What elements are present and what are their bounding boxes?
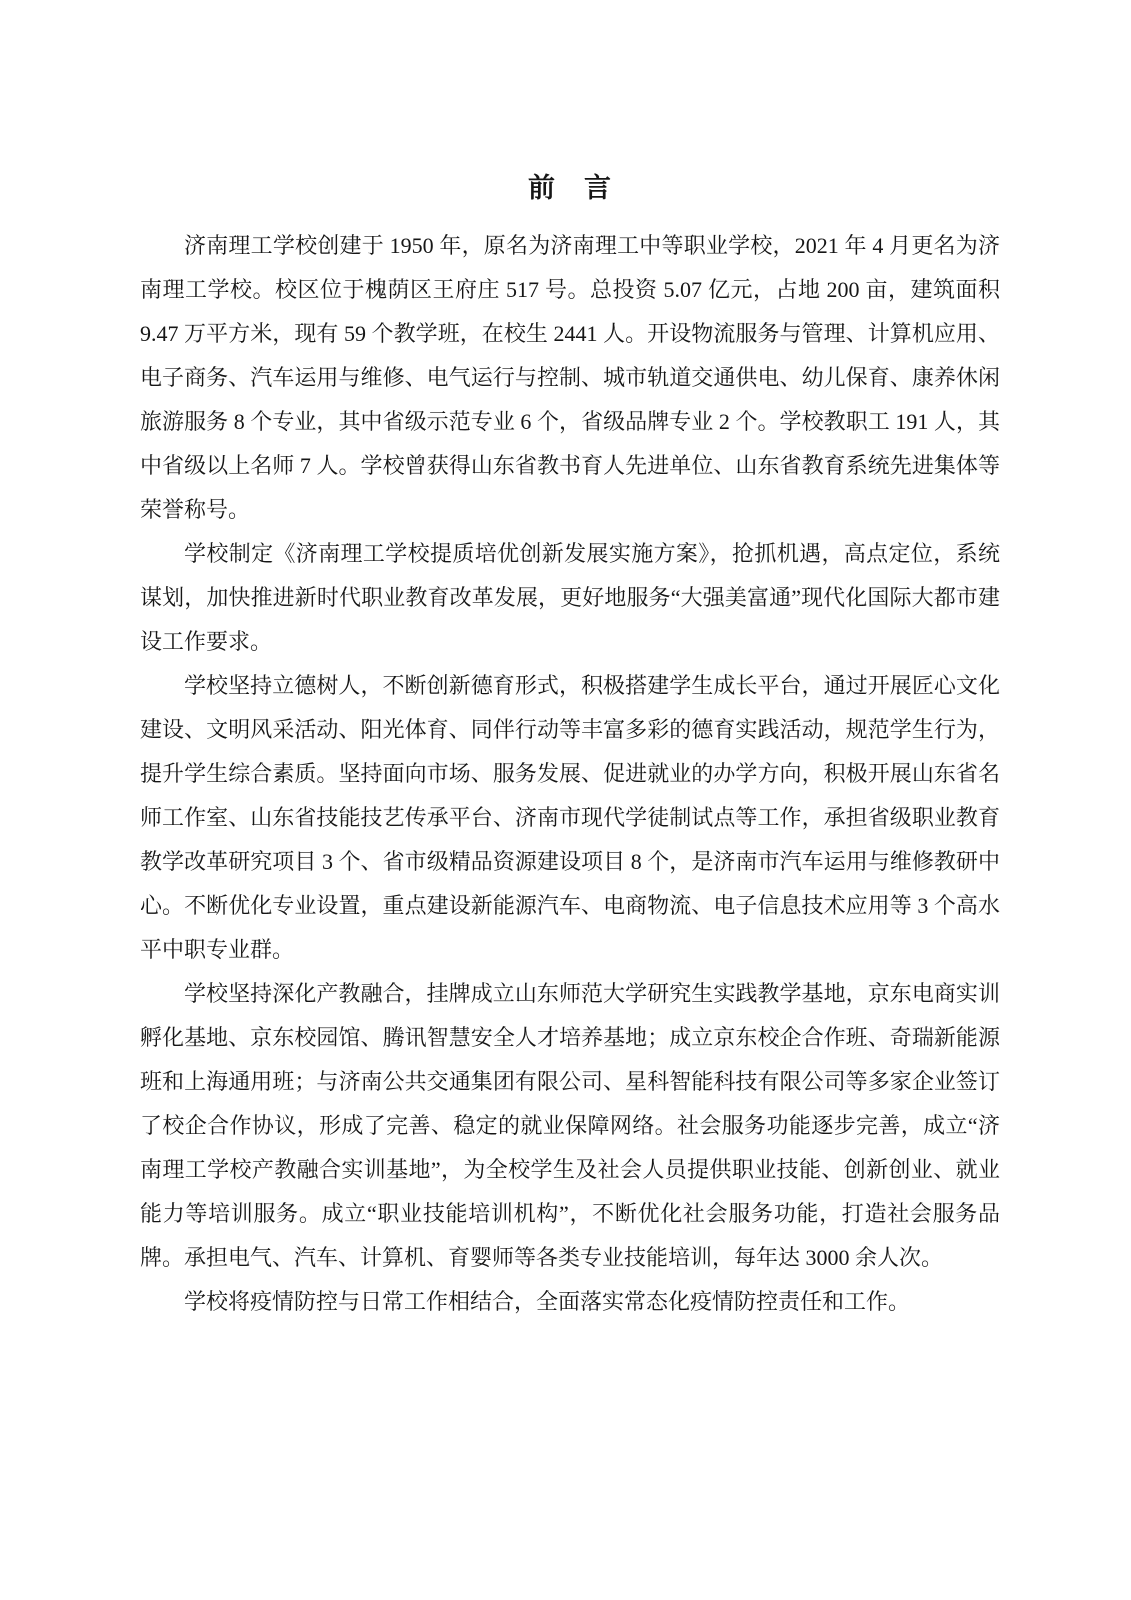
paragraph-epidemic-prevention: 学校将疫情防控与日常工作相结合，全面落实常态化疫情防控责任和工作。 bbox=[140, 1280, 1000, 1324]
paragraph-development-plan: 学校制定《济南理工学校提质培优创新发展实施方案》，抢抓机遇，高点定位，系统谋划，… bbox=[140, 532, 1000, 664]
paragraph-industry-education: 学校坚持深化产教融合，挂牌成立山东师范大学研究生实践教学基地，京东电商实训孵化基… bbox=[140, 972, 1000, 1280]
paragraph-moral-education: 学校坚持立德树人，不断创新德育形式，积极搭建学生成长平台，通过开展匠心文化建设、… bbox=[140, 664, 1000, 972]
document-title: 前 言 bbox=[140, 168, 1000, 208]
paragraph-school-overview: 济南理工学校创建于 1950 年，原名为济南理工中等职业学校，2021 年 4 … bbox=[140, 224, 1000, 532]
document-page: 前 言 济南理工学校创建于 1950 年，原名为济南理工中等职业学校，2021 … bbox=[0, 0, 1131, 1600]
